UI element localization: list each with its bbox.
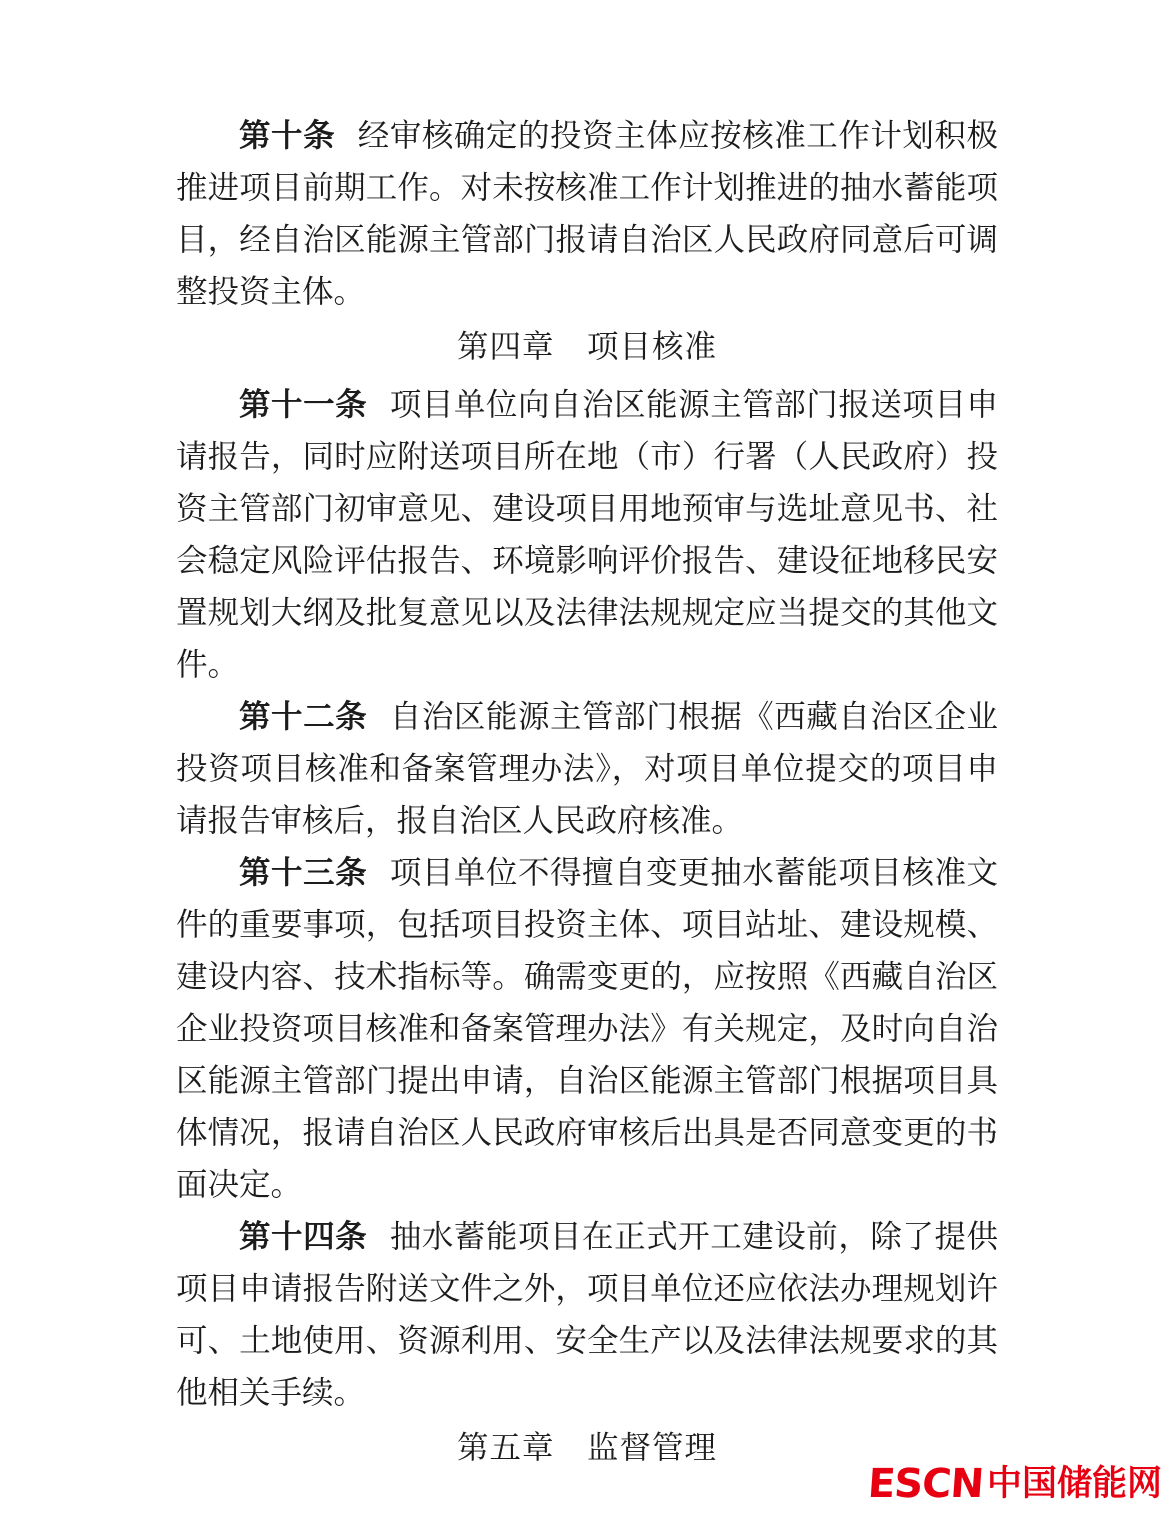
article-number: 第十一条 xyxy=(239,387,367,423)
escn-logo-en: ESCN xyxy=(867,1464,985,1504)
escn-logo: ESCN 中国储能网 xyxy=(868,1464,1162,1504)
article-number: 第十二条 xyxy=(239,699,367,735)
article-number: 第十条 xyxy=(239,118,335,154)
chapter-heading: 第四章 项目核准 xyxy=(176,321,998,373)
document-page: 第十条经审核确定的投资主体应按核准工作计划积极推进项目前期工作。对未按核准工作计… xyxy=(0,0,1172,1516)
article-paragraph: 第十四条抽水蓄能项目在正式开工建设前，除了提供项目申请报告附送文件之外，项目单位… xyxy=(176,1211,998,1419)
article-paragraph: 第十二条自治区能源主管部门根据《西藏自治区企业投资项目核准和备案管理办法》，对项… xyxy=(176,691,998,847)
article-number: 第十四条 xyxy=(239,1219,367,1255)
article-number: 第十三条 xyxy=(239,855,367,891)
article-paragraph: 第十条经审核确定的投资主体应按核准工作计划积极推进项目前期工作。对未按核准工作计… xyxy=(176,110,998,318)
article-paragraph: 第十一条项目单位向自治区能源主管部门报送项目申请报告，同时应附送项目所在地（市）… xyxy=(176,379,998,691)
article-paragraph: 第十三条项目单位不得擅自变更抽水蓄能项目核准文件的重要事项，包括项目投资主体、项… xyxy=(176,847,998,1211)
escn-logo-cn: 中国储能网 xyxy=(987,1467,1162,1502)
document-body: 第十条经审核确定的投资主体应按核准工作计划积极推进项目前期工作。对未按核准工作计… xyxy=(176,110,998,1480)
